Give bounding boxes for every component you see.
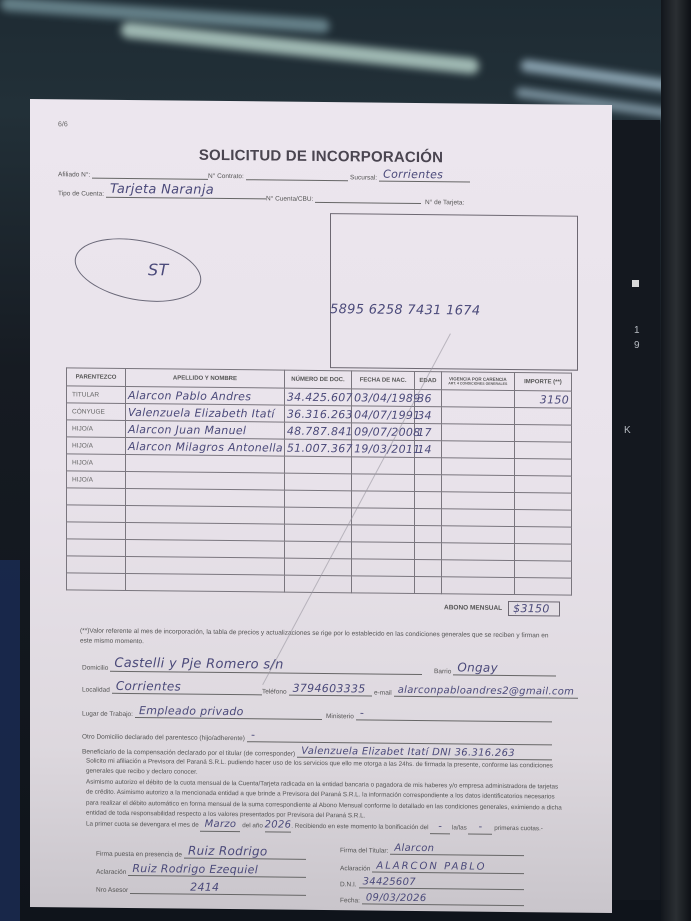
cell-documento[interactable]: 48.787.841 bbox=[284, 422, 351, 440]
cell-documento[interactable] bbox=[284, 558, 351, 576]
cell-documento[interactable] bbox=[284, 456, 351, 474]
cell-vigencia[interactable] bbox=[441, 509, 514, 527]
asesor-label: Nro Asesor bbox=[96, 887, 128, 894]
firma-titular-label: Firma del Titular: bbox=[340, 847, 388, 855]
price-note: (**)Valor referente al mes de incorporac… bbox=[80, 626, 560, 651]
header-vigencia: VIGENCIA POR CARENCIAART. 4 CONDICIONES … bbox=[441, 372, 514, 391]
nombre-value: Alarcon Milagros Antonella bbox=[128, 439, 283, 454]
sucursal-field[interactable]: Sucursal: Corrientes bbox=[350, 171, 470, 182]
legal-paragraph-2: Asimismo autorizo el débito de la cuota … bbox=[86, 777, 566, 824]
documento-value: 36.316.263 bbox=[287, 407, 353, 421]
tipo-cuenta-value: Tarjeta Naranja bbox=[110, 182, 214, 198]
cell-nacimiento[interactable] bbox=[352, 576, 415, 594]
cell-documento[interactable] bbox=[284, 507, 351, 525]
cell-parentesco[interactable] bbox=[67, 505, 126, 523]
edad-value: 17 bbox=[417, 426, 432, 439]
afiliado-field[interactable]: Afiliado N°: bbox=[58, 168, 208, 180]
telefono-value: 3794603335 bbox=[293, 682, 366, 696]
cell-nombre[interactable]: Alarcon Pablo Andres bbox=[126, 386, 285, 405]
cell-edad[interactable]: 17 bbox=[415, 423, 441, 440]
abono-mensual-value: $3150 bbox=[513, 602, 550, 615]
domicilio-value: Castelli y Pje Romero s/n bbox=[114, 656, 283, 673]
cell-importe[interactable] bbox=[514, 544, 571, 562]
cell-edad[interactable] bbox=[415, 576, 441, 593]
otro-domicilio-label: Otro Domicilio declarado del parentesco … bbox=[82, 733, 245, 742]
cell-nacimiento[interactable] bbox=[352, 525, 415, 543]
cell-vigencia[interactable] bbox=[441, 390, 514, 408]
cell-documento[interactable] bbox=[284, 524, 351, 542]
fecha-label: Fecha: bbox=[340, 897, 360, 904]
cell-parentesco[interactable]: HIJO/A bbox=[67, 420, 126, 438]
cell-documento[interactable]: 51.007.367 bbox=[284, 439, 351, 457]
cell-edad[interactable]: 34 bbox=[415, 406, 441, 423]
cell-vigencia[interactable] bbox=[441, 577, 514, 595]
importe-value: 3150 bbox=[540, 393, 569, 406]
cell-vigencia[interactable] bbox=[441, 424, 514, 442]
afiliado-label: Afiliado N°: bbox=[58, 171, 90, 178]
cell-documento[interactable]: 34.425.607 bbox=[284, 388, 351, 406]
screen-indicator-square bbox=[632, 280, 639, 287]
cell-parentesco[interactable]: HIJO/A bbox=[67, 437, 126, 455]
cuota-month-field[interactable]: Marzo bbox=[200, 820, 240, 832]
cell-importe[interactable] bbox=[514, 425, 571, 443]
dni-field[interactable]: D.N.I. 34425607 bbox=[340, 878, 524, 890]
nombre-value: Valenzuela Elizabeth Itatí bbox=[128, 405, 275, 420]
nombre-value: Alarcon Pablo Andres bbox=[128, 388, 251, 402]
card-number-box[interactable] bbox=[330, 213, 578, 371]
cell-nacimiento[interactable]: 19/03/2011 bbox=[352, 440, 415, 458]
cell-vigencia[interactable] bbox=[441, 543, 514, 561]
nombre-value: Alarcon Juan Manuel bbox=[128, 422, 246, 436]
cell-parentesco[interactable] bbox=[67, 539, 126, 557]
cell-nacimiento[interactable] bbox=[352, 559, 415, 577]
cell-nacimiento[interactable]: 03/04/1989 bbox=[352, 389, 415, 407]
localidad-value: Corrientes bbox=[116, 679, 181, 694]
domicilio-label: Domicilio bbox=[82, 664, 108, 671]
cell-importe[interactable] bbox=[514, 527, 571, 545]
cell-nombre[interactable] bbox=[126, 539, 285, 558]
fecha-value: 09/03/2026 bbox=[366, 892, 427, 904]
cell-importe[interactable] bbox=[514, 459, 571, 477]
otro-domicilio-value: - bbox=[251, 728, 255, 741]
cell-edad[interactable] bbox=[415, 474, 441, 491]
email-field[interactable]: e-mail alarconpabloandres2@gmail.com bbox=[374, 687, 578, 699]
cell-edad[interactable] bbox=[415, 508, 441, 525]
cell-vigencia[interactable] bbox=[441, 407, 514, 425]
cell-vigencia[interactable] bbox=[441, 441, 514, 459]
localidad-field[interactable]: Localidad Corrientes bbox=[82, 683, 262, 695]
tarjeta-label: N° de Tarjeta: bbox=[425, 199, 464, 206]
header-documento: NÚMERO DE DOC. bbox=[284, 370, 351, 389]
email-label: e-mail bbox=[374, 690, 392, 697]
barrio-label: Barrio bbox=[434, 668, 451, 675]
cell-vigencia[interactable] bbox=[441, 475, 514, 493]
cell-parentesco[interactable] bbox=[67, 488, 126, 506]
contrato-label: N° Contrato: bbox=[208, 173, 244, 180]
cell-importe[interactable] bbox=[514, 408, 571, 426]
card-number-value: 5895 6258 7431 1674 bbox=[330, 302, 480, 319]
ministerio-field[interactable]: Ministerio - bbox=[326, 710, 552, 722]
aclaracion-asesor-value: Ruiz Rodrigo Ezequiel bbox=[132, 862, 258, 876]
sucursal-label: Sucursal: bbox=[350, 174, 377, 181]
presencia-field[interactable]: Firma puesta en presencia de Ruiz Rodrig… bbox=[96, 848, 306, 860]
background-light-streak bbox=[520, 59, 680, 93]
nacimiento-value: 03/04/1989 bbox=[354, 391, 420, 405]
cell-documento[interactable] bbox=[284, 490, 351, 508]
cuenta-cbu-label: N° Cuenta/CBU: bbox=[266, 195, 313, 202]
cell-edad[interactable] bbox=[415, 525, 441, 542]
cell-importe[interactable] bbox=[514, 476, 571, 494]
cell-parentesco[interactable]: HIJO/A bbox=[67, 454, 126, 472]
family-members-table: PARENTEZCO APELLIDO Y NOMBRE NÚMERO DE D… bbox=[66, 367, 572, 595]
background-blue-strip bbox=[0, 560, 20, 921]
cell-parentesco[interactable]: CÓNYUGE bbox=[67, 403, 126, 421]
nacimiento-value: 04/07/1991 bbox=[354, 408, 420, 422]
cell-vigencia[interactable] bbox=[441, 492, 514, 510]
device-frame bbox=[661, 0, 691, 921]
aclaracion-asesor-field[interactable]: Aclaración Ruiz Rodrigo Ezequiel bbox=[96, 866, 306, 878]
otro-domicilio-field[interactable]: Otro Domicilio declarado del parentesco … bbox=[82, 730, 552, 745]
cell-vigencia[interactable] bbox=[441, 526, 514, 544]
cuenta-cbu-field[interactable]: N° Cuenta/CBU: bbox=[266, 192, 421, 204]
presencia-signature: Ruiz Rodrigo bbox=[188, 844, 268, 859]
cell-documento[interactable]: 36.316.263 bbox=[284, 405, 351, 423]
sucursal-value: Corrientes bbox=[383, 168, 443, 182]
header-parentesco: PARENTEZCO bbox=[67, 368, 126, 387]
barrio-value: Ongay bbox=[457, 660, 498, 674]
tarjeta-label-field: N° de Tarjeta: bbox=[425, 199, 485, 207]
asesor-value: 2414 bbox=[190, 881, 219, 894]
presencia-label: Firma puesta en presencia de bbox=[96, 851, 182, 859]
header-nombre: APELLIDO Y NOMBRE bbox=[126, 368, 285, 388]
ministerio-label: Ministerio bbox=[326, 713, 354, 720]
tipo-cuenta-field[interactable]: Tipo de Cuenta: Tarjeta Naranja bbox=[58, 187, 266, 199]
form-title: SOLICITUD DE INCORPORACIÓN bbox=[30, 145, 612, 168]
cell-nombre[interactable] bbox=[126, 454, 285, 473]
cell-parentesco[interactable] bbox=[67, 573, 126, 591]
dni-label: D.N.I. bbox=[340, 881, 357, 888]
cell-documento[interactable] bbox=[284, 473, 351, 491]
cell-nombre[interactable]: Alarcon Juan Manuel bbox=[126, 420, 285, 439]
page-number: 6/6 bbox=[58, 121, 68, 128]
documento-value: 34.425.607 bbox=[287, 390, 353, 404]
cell-nombre[interactable] bbox=[126, 556, 285, 575]
abono-mensual-label: ABONO MENSUAL bbox=[444, 604, 502, 612]
nacimiento-value: 09/07/2008 bbox=[354, 425, 420, 439]
cuota-year-field[interactable]: 2026 bbox=[265, 821, 292, 833]
cell-vigencia[interactable] bbox=[441, 458, 514, 476]
aclaracion-asesor-label: Aclaración bbox=[96, 869, 126, 876]
cell-documento[interactable] bbox=[284, 541, 351, 559]
cell-nombre[interactable] bbox=[126, 505, 285, 524]
bonification-to-field[interactable]: - bbox=[468, 823, 492, 835]
header-importe: IMPORTE (**) bbox=[514, 373, 571, 392]
tipo-cuenta-label: Tipo de Cuenta: bbox=[58, 190, 104, 197]
trabajo-value: Empleado privado bbox=[139, 704, 244, 718]
device-screen-edge: 1 9 K bbox=[612, 120, 660, 900]
screen-glyph: 1 bbox=[634, 325, 640, 336]
cell-nombre[interactable]: Valenzuela Elizabeth Itatí bbox=[126, 403, 285, 422]
cell-nombre[interactable]: Alarcon Milagros Antonella bbox=[126, 437, 285, 456]
oval-mark bbox=[70, 229, 206, 312]
cell-edad[interactable]: 14 bbox=[415, 440, 441, 457]
abono-mensual: ABONO MENSUAL $3150 bbox=[444, 600, 560, 616]
cell-parentesco[interactable] bbox=[67, 522, 126, 540]
domicilio-field[interactable]: Domicilio Castelli y Pje Romero s/n bbox=[82, 661, 422, 675]
cell-importe[interactable] bbox=[514, 578, 571, 596]
fecha-field[interactable]: Fecha: 09/03/2026 bbox=[340, 894, 524, 906]
abono-mensual-box[interactable]: $3150 bbox=[508, 601, 560, 617]
cell-nacimiento[interactable] bbox=[352, 474, 415, 492]
telefono-label: Teléfono bbox=[262, 688, 287, 695]
legal-text: Solicito mi afiliación a Previsora del P… bbox=[86, 757, 566, 836]
documento-value: 51.007.367 bbox=[287, 441, 353, 455]
cell-importe[interactable] bbox=[514, 510, 571, 528]
cell-edad[interactable] bbox=[415, 542, 441, 559]
cell-nacimiento[interactable] bbox=[352, 508, 415, 526]
cell-nombre[interactable] bbox=[126, 573, 285, 592]
incorporation-form: 6/6 SOLICITUD DE INCORPORACIÓN Afiliado … bbox=[30, 99, 612, 913]
contrato-field[interactable]: N° Contrato: bbox=[208, 170, 348, 181]
screen-glyph: K bbox=[624, 425, 631, 436]
cell-importe[interactable] bbox=[514, 493, 571, 511]
aclaracion-titular-label: Aclaración bbox=[340, 865, 370, 872]
cell-nacimiento[interactable]: 09/07/2008 bbox=[352, 423, 415, 441]
barrio-field[interactable]: Barrio Ongay bbox=[434, 665, 556, 676]
ministerio-value: - bbox=[360, 706, 364, 719]
cell-edad[interactable] bbox=[415, 491, 441, 508]
beneficiario-value: Valenzuela Elizabet Itatí DNI 36.316.263 bbox=[301, 746, 515, 759]
cell-parentesco[interactable]: HIJO/A bbox=[67, 471, 126, 489]
screen-glyph: 9 bbox=[634, 340, 640, 351]
documento-value: 48.787.841 bbox=[287, 424, 353, 438]
cell-importe[interactable] bbox=[514, 442, 571, 460]
trabajo-field[interactable]: Lugar de Trabajo: Empleado privado bbox=[82, 707, 322, 720]
email-value: alarconpabloandres2@gmail.com bbox=[398, 685, 574, 698]
localidad-label: Localidad bbox=[82, 686, 110, 693]
cell-nombre[interactable] bbox=[126, 488, 285, 507]
edad-value: 36 bbox=[417, 392, 432, 405]
firma-titular-signature: Alarcon bbox=[394, 843, 434, 854]
cell-nacimiento[interactable] bbox=[352, 542, 415, 560]
bonification-from-field[interactable]: - bbox=[430, 823, 450, 835]
header-nacimiento: FECHA DE NAC. bbox=[352, 371, 415, 390]
oval-mark-text: ST bbox=[148, 260, 169, 279]
firma-titular-field[interactable]: Firma del Titular: Alarcon bbox=[340, 844, 524, 856]
cell-nombre[interactable] bbox=[126, 522, 285, 541]
cell-vigencia[interactable] bbox=[441, 560, 514, 578]
cell-edad[interactable] bbox=[415, 559, 441, 576]
cell-importe[interactable]: 3150 bbox=[514, 391, 571, 409]
aclaracion-titular-field[interactable]: Aclaración ALARCON PABLO bbox=[340, 862, 524, 874]
cell-parentesco[interactable] bbox=[67, 556, 126, 574]
cell-edad[interactable] bbox=[415, 457, 441, 474]
cell-parentesco[interactable]: TITULAR bbox=[67, 386, 126, 404]
telefono-field[interactable]: Teléfono 3794603335 bbox=[262, 685, 372, 696]
cell-nombre[interactable] bbox=[126, 471, 285, 490]
trabajo-label: Lugar de Trabajo: bbox=[82, 710, 133, 718]
cell-importe[interactable] bbox=[514, 561, 571, 579]
asesor-field[interactable]: Nro Asesor 2414 bbox=[96, 884, 306, 896]
aclaracion-titular-value: ALARCON PABLO bbox=[376, 861, 486, 873]
edad-value: 34 bbox=[417, 409, 432, 422]
dni-value: 34425607 bbox=[363, 876, 416, 888]
edad-value: 14 bbox=[417, 443, 432, 456]
